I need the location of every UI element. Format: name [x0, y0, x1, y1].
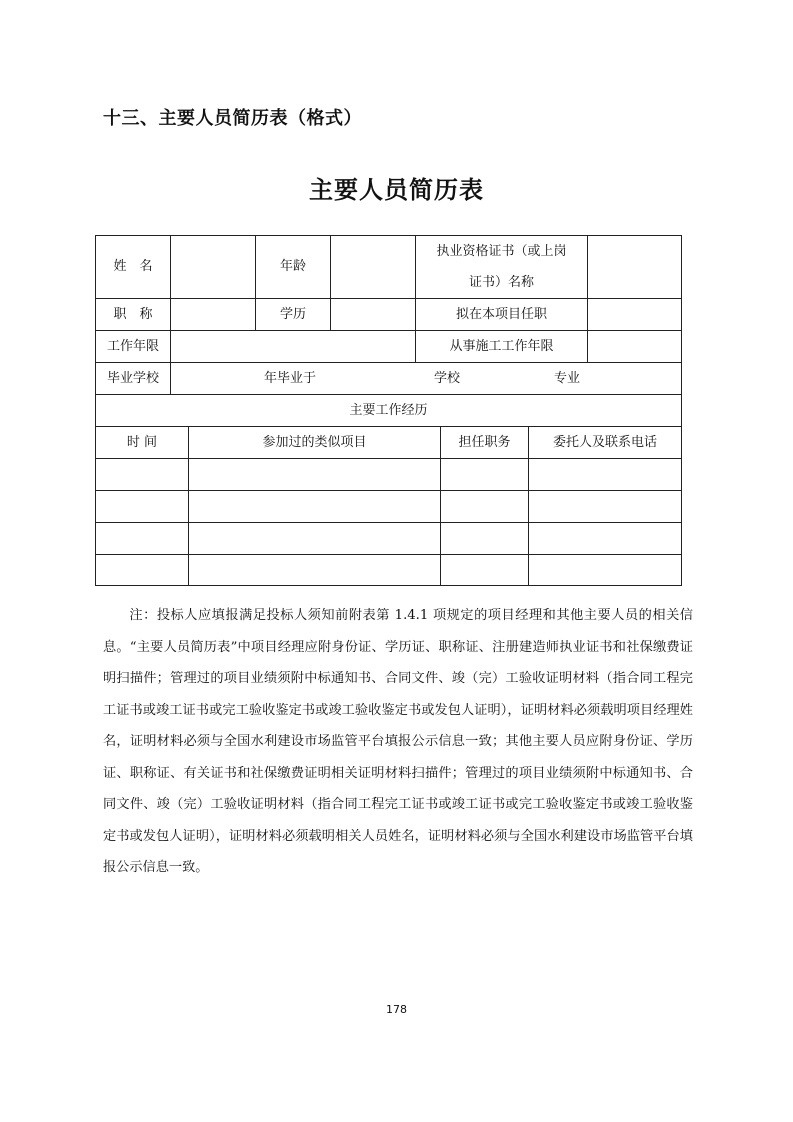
work-years-field[interactable] — [171, 331, 416, 363]
table-row — [96, 459, 682, 491]
major-text: 专业 — [554, 371, 580, 387]
table-row: 毕业学校 年毕业于 学校 专业 — [96, 363, 682, 395]
construction-years-field[interactable] — [588, 331, 682, 363]
contact-cell[interactable] — [529, 491, 682, 523]
table-row — [96, 491, 682, 523]
name-label: 姓 名 — [96, 236, 171, 299]
time-cell[interactable] — [96, 523, 189, 555]
title-field[interactable] — [171, 299, 256, 331]
contact-cell[interactable] — [529, 523, 682, 555]
table-row — [96, 523, 682, 555]
table-row: 工作年限 从事施工工作年限 — [96, 331, 682, 363]
project-role-label: 拟在本项目任职 — [416, 299, 588, 331]
page-number: 178 — [0, 1003, 793, 1016]
time-cell[interactable] — [96, 491, 189, 523]
certificate-label-line2: 证书）名称 — [416, 267, 587, 298]
table-row — [96, 555, 682, 586]
construction-years-label: 从事施工工作年限 — [416, 331, 588, 363]
work-years-label: 工作年限 — [96, 331, 171, 363]
school-label: 毕业学校 — [96, 363, 171, 395]
name-field[interactable] — [171, 236, 256, 299]
certificate-label: 执业资格证书（或上岗 证书）名称 — [416, 236, 588, 299]
age-label: 年龄 — [256, 236, 331, 299]
age-field[interactable] — [331, 236, 416, 299]
work-history-heading: 主要工作经历 — [96, 395, 682, 427]
role-cell[interactable] — [441, 459, 529, 491]
project-cell[interactable] — [189, 459, 441, 491]
table-row: 主要工作经历 — [96, 395, 682, 427]
graduated-in-text: 年毕业于 — [264, 371, 316, 387]
contact-cell[interactable] — [529, 459, 682, 491]
role-cell[interactable] — [441, 555, 529, 586]
column-header-time: 时 间 — [96, 427, 189, 459]
contact-cell[interactable] — [529, 555, 682, 586]
note-section: 注：投标人应填报满足投标人须知前附表第 1.4.1 项规定的项目经理和其他主要人… — [103, 600, 693, 884]
table-header-row: 时 间 参加过的类似项目 担任职务 委托人及联系电话 — [96, 427, 682, 459]
time-cell[interactable] — [96, 555, 189, 586]
project-role-field[interactable] — [588, 299, 682, 331]
column-header-role: 担任职务 — [441, 427, 529, 459]
work-history-table: 主要工作经历 时 间 参加过的类似项目 担任职务 委托人及联系电话 — [95, 394, 682, 586]
column-header-project: 参加过的类似项目 — [189, 427, 441, 459]
title-label: 职 称 — [96, 299, 171, 331]
education-field[interactable] — [331, 299, 416, 331]
time-cell[interactable] — [96, 459, 189, 491]
table-row: 姓 名 年龄 执业资格证书（或上岗 证书）名称 — [96, 236, 682, 299]
note-paragraph: 注：投标人应填报满足投标人须知前附表第 1.4.1 项规定的项目经理和其他主要人… — [103, 600, 693, 884]
table-row: 职 称 学历 拟在本项目任职 — [96, 299, 682, 331]
project-cell[interactable] — [189, 491, 441, 523]
project-cell[interactable] — [189, 523, 441, 555]
column-header-contact: 委托人及联系电话 — [529, 427, 682, 459]
school-field[interactable]: 年毕业于 学校 专业 — [171, 363, 682, 395]
section-heading: 十三、主要人员简历表（格式） — [103, 104, 362, 130]
certificate-label-line1: 执业资格证书（或上岗 — [416, 236, 587, 267]
education-label: 学历 — [256, 299, 331, 331]
certificate-field[interactable] — [588, 236, 682, 299]
resume-info-table: 姓 名 年龄 执业资格证书（或上岗 证书）名称 职 称 学历 拟在本项目任职 工… — [95, 235, 682, 395]
school-text: 学校 — [434, 371, 460, 387]
role-cell[interactable] — [441, 491, 529, 523]
role-cell[interactable] — [441, 523, 529, 555]
project-cell[interactable] — [189, 555, 441, 586]
document-title: 主要人员简历表 — [0, 170, 793, 205]
